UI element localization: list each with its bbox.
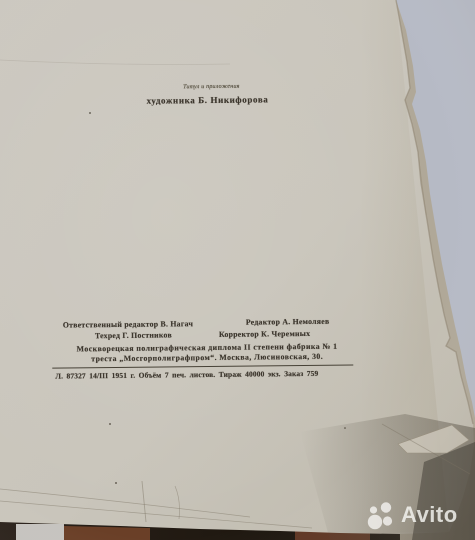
avito-watermark: Avito xyxy=(366,499,458,531)
photo-of-book-colophon: Титул и приложения художника Б. Никифоро… xyxy=(0,0,475,540)
avito-logo-icon xyxy=(366,499,398,531)
avito-label: Avito xyxy=(401,500,458,530)
vignette xyxy=(0,0,475,540)
photo-scene xyxy=(0,0,475,540)
